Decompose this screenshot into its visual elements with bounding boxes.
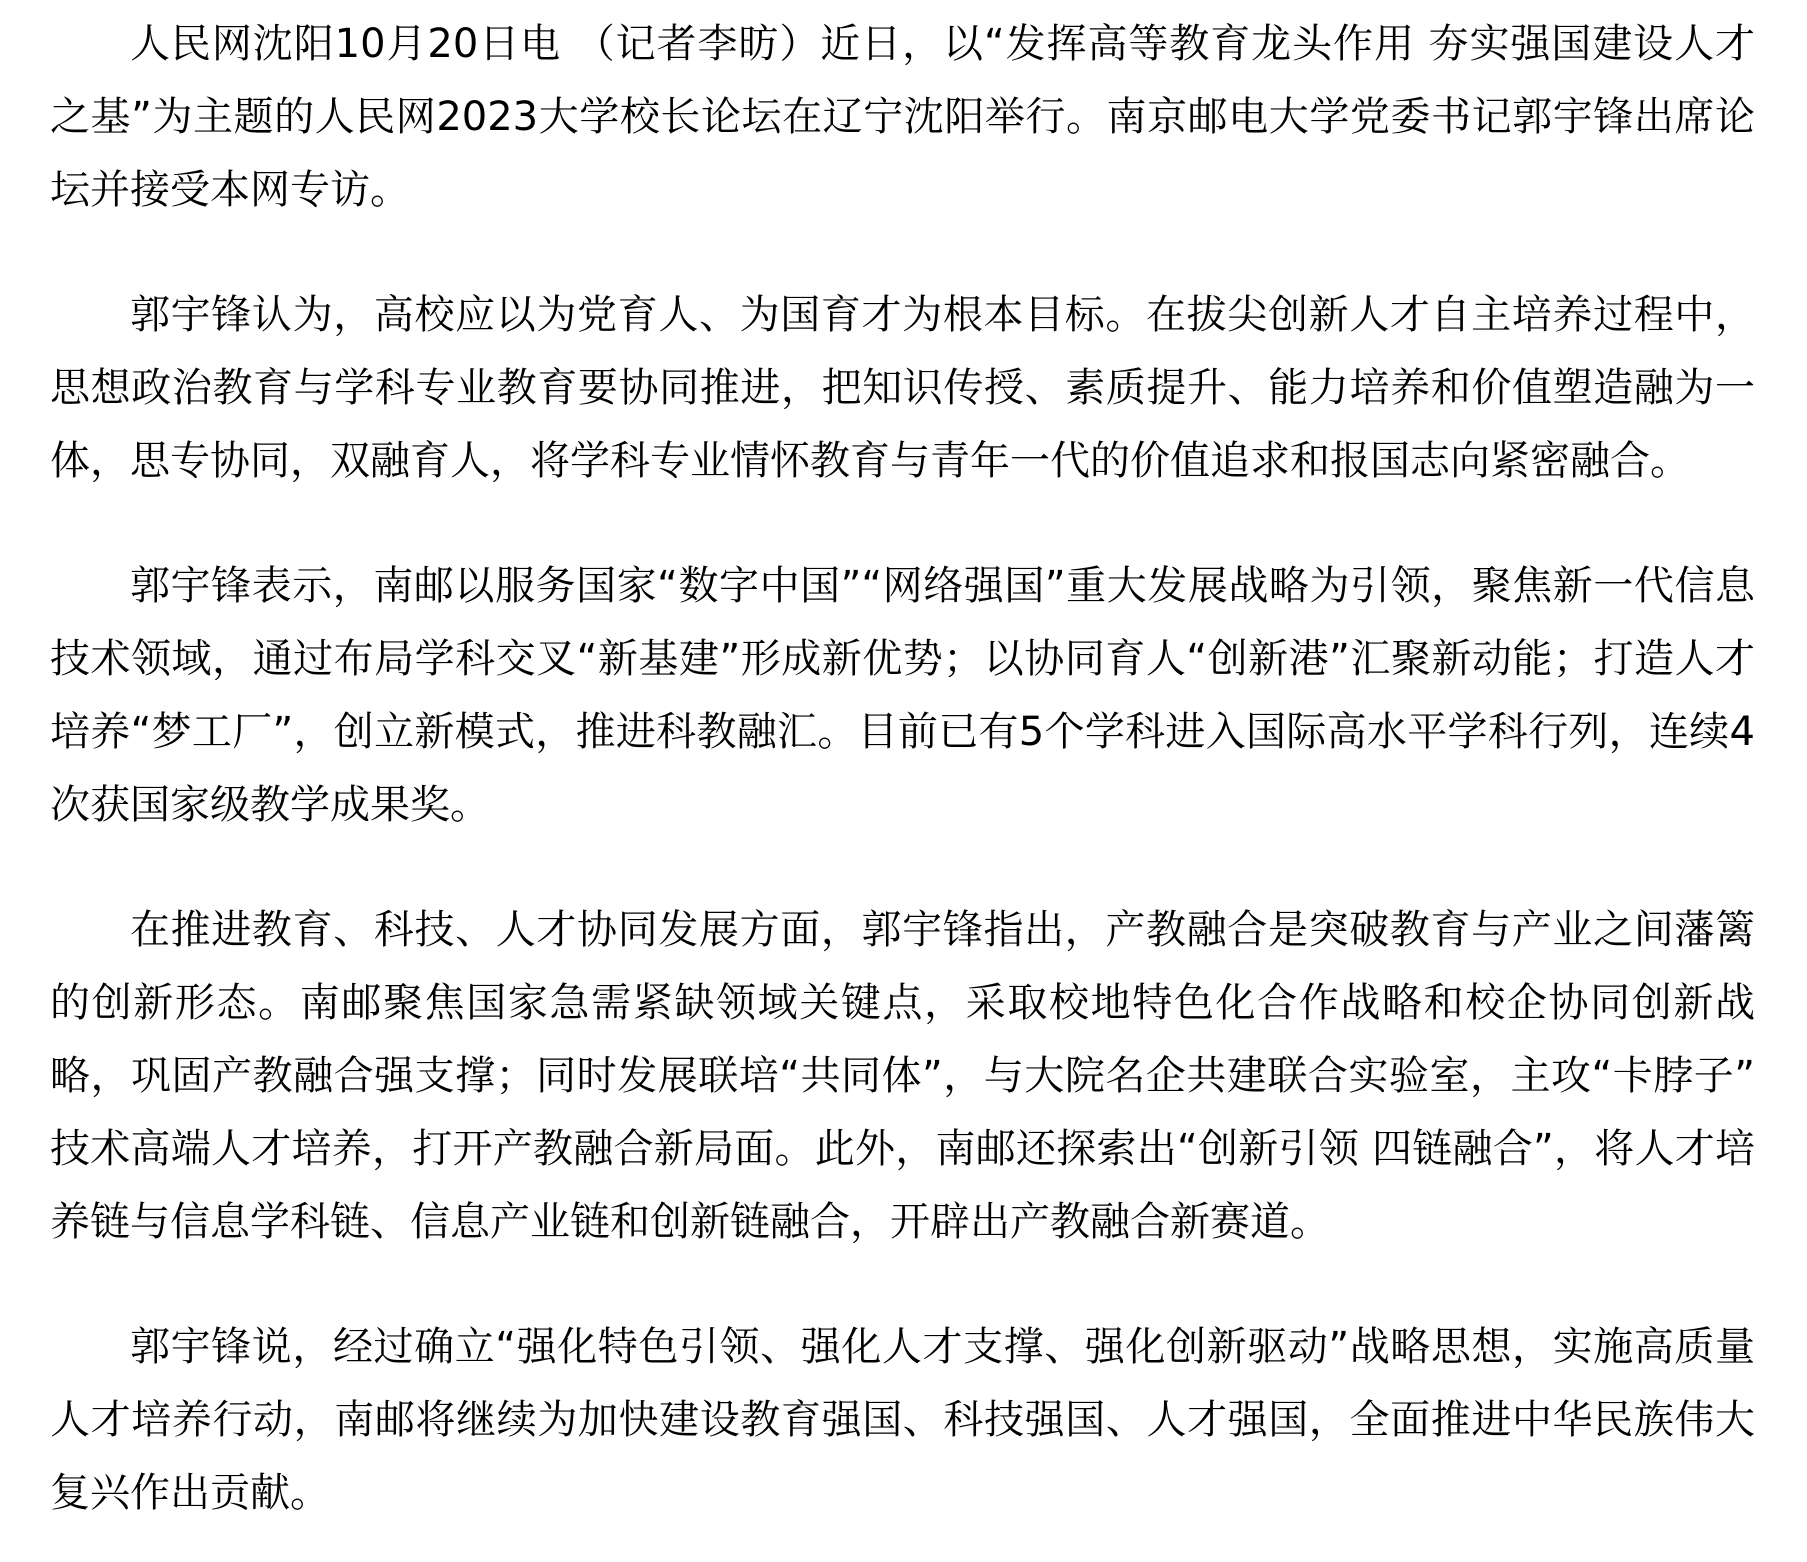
article-paragraph-2: 郭宇锋认为，高校应以为党育人、为国育才为根本目标。在拔尖创新人才自主培养过程中，… [50, 279, 1755, 498]
article-paragraph-3: 郭宇锋表示，南邮以服务国家“数字中国”“网络强国”重大发展战略为引领，聚焦新一代… [50, 550, 1755, 842]
article-paragraph-lead: 人民网沈阳10月20日电 （记者李昉）近日，以“发挥高等教育龙头作用 夯实强国建… [50, 8, 1755, 227]
article-paragraph-5: 郭宇锋说，经过确立“强化特色引领、强化人才支撑、强化创新驱动”战略思想，实施高质… [50, 1311, 1755, 1530]
news-article-body: 人民网沈阳10月20日电 （记者李昉）近日，以“发挥高等教育龙头作用 夯实强国建… [0, 0, 1807, 1530]
document-page: 人民网沈阳10月20日电 （记者李昉）近日，以“发挥高等教育龙头作用 夯实强国建… [0, 0, 1807, 1562]
article-paragraph-4: 在推进教育、科技、人才协同发展方面，郭宇锋指出，产教融合是突破教育与产业之间藩篱… [50, 894, 1755, 1259]
